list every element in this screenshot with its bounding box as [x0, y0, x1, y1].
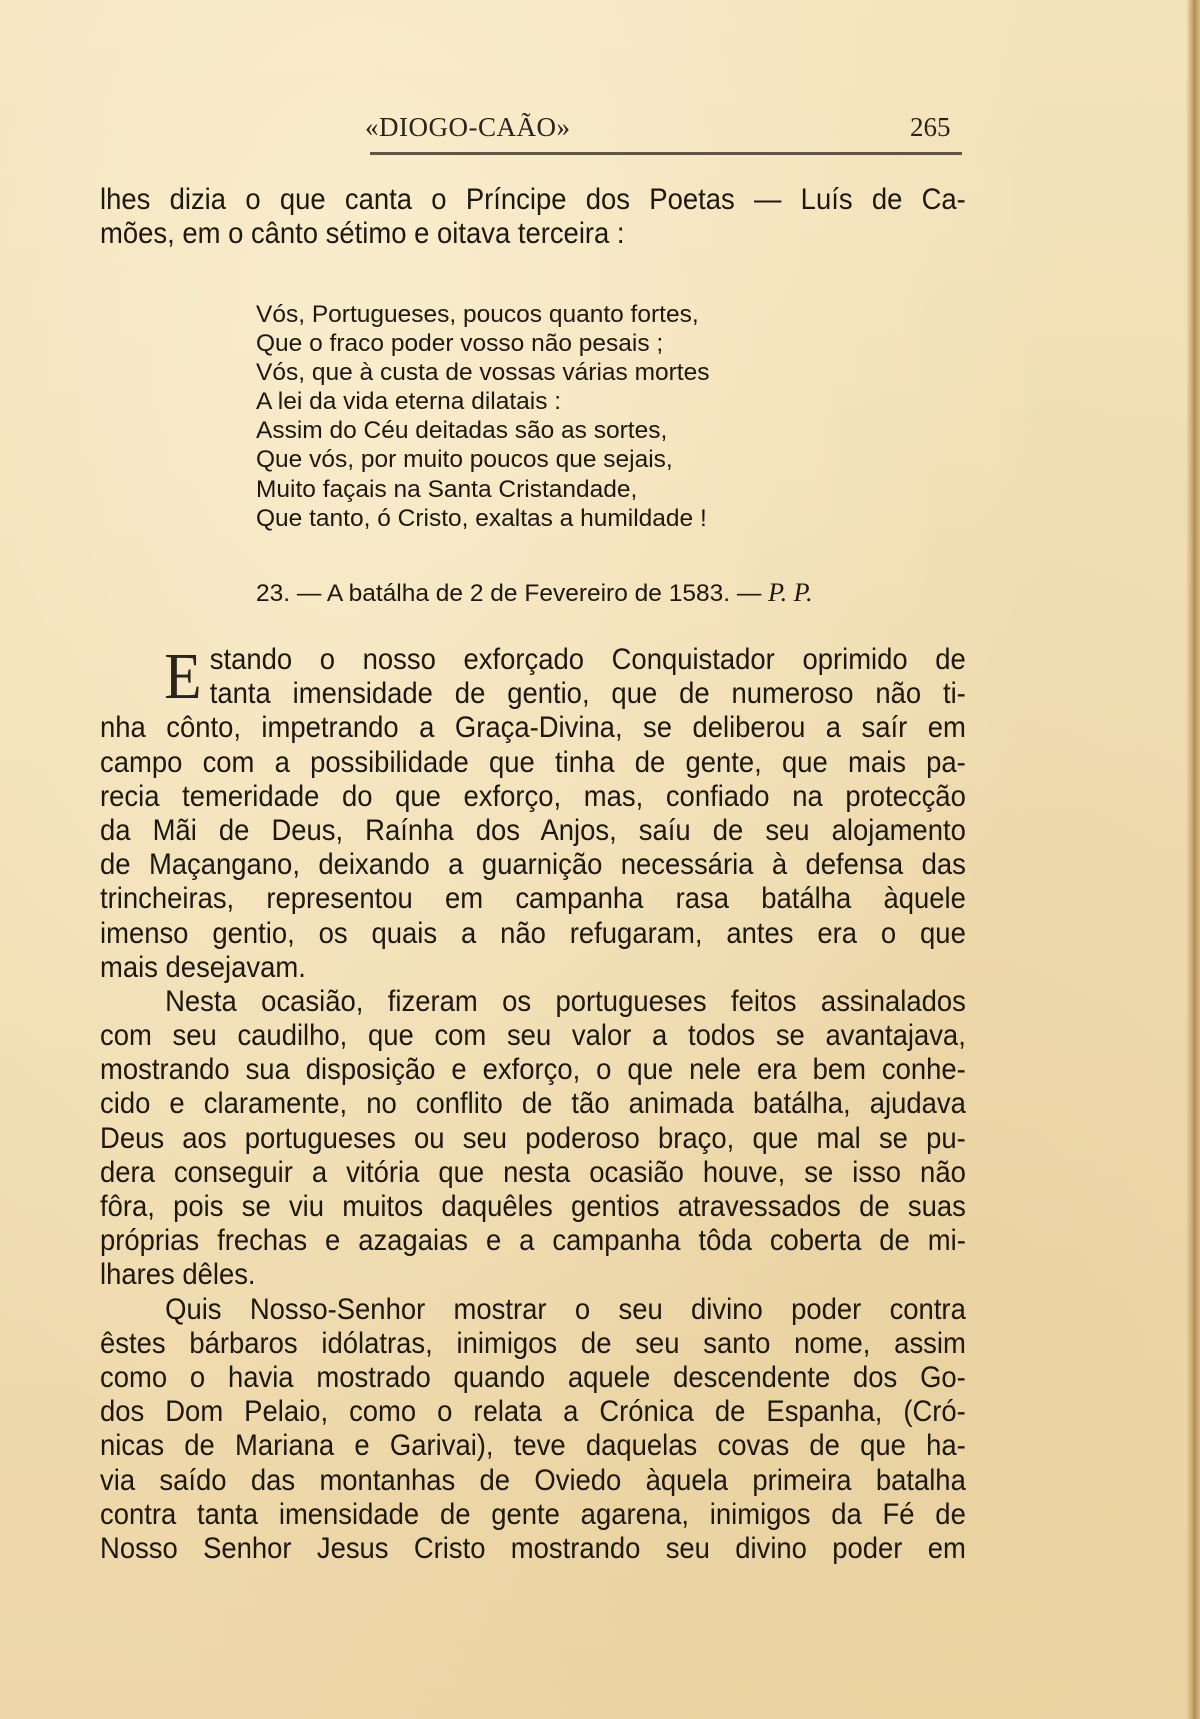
text-line: mais desejavam.	[100, 951, 966, 985]
text-line: nha cônto, impetrando a Graça-Divina, se…	[100, 711, 966, 745]
text-line: dera conseguir a vitória que nesta ocasi…	[100, 1156, 966, 1190]
verse-line: Muito façais na Santa Cristandade,	[256, 475, 856, 504]
page-number: 265	[910, 112, 951, 143]
verse-line: Vós, Portugueses, poucos quanto fortes,	[256, 300, 856, 329]
main-body-text: E stando o nosso exforçado Conquistador …	[100, 643, 966, 1566]
text-line: cido e claramente, no conflito de tão an…	[100, 1087, 966, 1121]
text-line: Deus aos portugueses ou seu poderoso bra…	[100, 1122, 966, 1156]
verse-line: Assim do Céu deitadas são as sortes,	[256, 416, 856, 445]
text-line: dos Dom Pelaio, como o relata a Crónica …	[100, 1395, 966, 1429]
text-line: Nosso Senhor Jesus Cristo mostrando seu …	[100, 1532, 966, 1566]
paragraph-3: Quis Nosso-Senhor mostrar o seu divino p…	[100, 1293, 966, 1567]
section-heading-text: 23. — A batálha de 2 de Fevereiro de 158…	[256, 580, 761, 607]
verse-line: Que o fraco poder vosso não pesais ;	[256, 329, 856, 358]
text-line: nicas de Mariana e Garivai), teve daquel…	[100, 1429, 966, 1463]
text-line: contra tanta imensidade de gente agarena…	[100, 1498, 966, 1532]
text-line: lhares dêles.	[100, 1258, 966, 1292]
verse-line: Que tanto, ó Cristo, exaltas a humildade…	[256, 504, 856, 533]
text-line: como o havia mostrado quando aquele desc…	[100, 1361, 966, 1395]
verse-line: A lei da vida eterna dilatais :	[256, 387, 856, 416]
text-line: da Mãi de Deus, Raínha dos Anjos, saíu d…	[100, 814, 966, 848]
verse-line: Vós, que à custa de vossas várias mortes	[256, 358, 856, 387]
drop-cap: E	[164, 647, 202, 707]
page-header: «DIOGO-CAÃO» 265	[0, 112, 1200, 162]
header-rule	[370, 152, 962, 155]
text-line: fôra, pois se viu muitos daquêles gentio…	[100, 1190, 966, 1224]
text-line: com seu caudilho, que com seu valor a to…	[100, 1019, 966, 1053]
text-line: êstes bárbaros idólatras, inimigos de se…	[100, 1327, 966, 1361]
text-line: próprias frechas e azagaias e a campanha…	[100, 1224, 966, 1258]
text-line: Nesta ocasião, fizeram os portugueses fe…	[100, 985, 966, 1019]
text-line: trincheiras, representou em campanha ras…	[100, 882, 966, 916]
text-line: lhes dizia o que canta o Príncipe dos Po…	[100, 183, 966, 217]
text-line: campo com a possibilidade que tinha de g…	[100, 746, 966, 780]
text-line: recia temeridade do que exforço, mas, co…	[100, 780, 966, 814]
verse-quotation: Vós, Portugueses, poucos quanto fortes, …	[256, 300, 856, 533]
text-line: mões, em o cânto sétimo e oitava terceir…	[100, 217, 966, 251]
paragraph-2: Nesta ocasião, fizeram os portugueses fe…	[100, 985, 966, 1293]
text-line: Quis Nosso-Senhor mostrar o seu divino p…	[100, 1293, 966, 1327]
book-page: «DIOGO-CAÃO» 265 lhes dizia o que canta …	[0, 0, 1200, 1719]
text-line: stando o nosso exforçado Conquistador op…	[100, 643, 966, 677]
running-title: «DIOGO-CAÃO»	[365, 112, 570, 143]
intro-text: lhes dizia o que canta o Príncipe dos Po…	[100, 183, 966, 251]
section-heading: 23. — A batálha de 2 de Fevereiro de 158…	[256, 578, 813, 608]
page-gutter-edge	[1186, 0, 1200, 1719]
text-line: tanta imensidade de gentio, que de numer…	[100, 677, 966, 711]
text-line: de Maçangano, deixando a guarnição neces…	[100, 848, 966, 882]
paragraph-1: E stando o nosso exforçado Conquistador …	[100, 643, 966, 985]
verse-line: Que vós, por muito poucos que sejais,	[256, 445, 856, 474]
text-line: via saído das montanhas de Oviedo àquela…	[100, 1464, 966, 1498]
text-line: imenso gentio, os quais a não refugaram,…	[100, 917, 966, 951]
text-line: mostrando sua disposição e exforço, o qu…	[100, 1053, 966, 1087]
author-signature: P. P.	[768, 578, 813, 607]
